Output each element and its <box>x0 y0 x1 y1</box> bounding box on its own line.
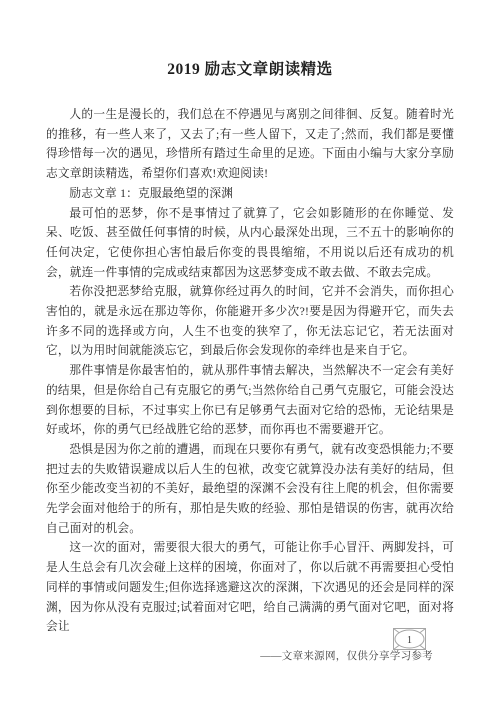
paragraph: 那件事情是你最害怕的，就从那件事情去解决，当然解决不一定会有美好的结果，但是你给… <box>46 361 454 440</box>
document-body: 人的一生是漫长的，我们总在不停遇见与离别之间徘徊、反复。随着时光的推移，有一些人… <box>46 105 454 637</box>
paragraph: 最可怕的恶梦，你不是事情过了就算了，它会如影随形的在你睡觉、发呆、吃饭、甚至做任… <box>46 204 454 283</box>
footer-source-note: ——文章来源网，仅供分享学习参考 <box>260 648 433 663</box>
paragraph: 若你没把恶梦给克服，就算你经过再久的时间，它并不会消失，而你担心害怕的，就是永远… <box>46 282 454 361</box>
section-heading: 励志文章 1：克服最绝望的深渊 <box>46 184 454 204</box>
page-number-ornament: 1 <box>393 628 426 650</box>
document-title: 2019 励志文章朗读精选 <box>0 0 500 79</box>
page-number: 1 <box>407 635 412 646</box>
paragraph: 恐惧是因为你之前的遭遇，而现在只要你有勇气，就有改变恐惧能力;不要把过去的失败错… <box>46 440 454 539</box>
paragraph: 这一次的面对，需要很大很大的勇气，可能让你手心冒汗、两脚发抖，可是人生总会有几次… <box>46 538 454 637</box>
document-page: 2019 励志文章朗读精选 人的一生是漫长的，我们总在不停遇见与离别之间徘徊、反… <box>0 0 500 707</box>
paragraph-intro: 人的一生是漫长的，我们总在不停遇见与离别之间徘徊、反复。随着时光的推移，有一些人… <box>46 105 454 184</box>
